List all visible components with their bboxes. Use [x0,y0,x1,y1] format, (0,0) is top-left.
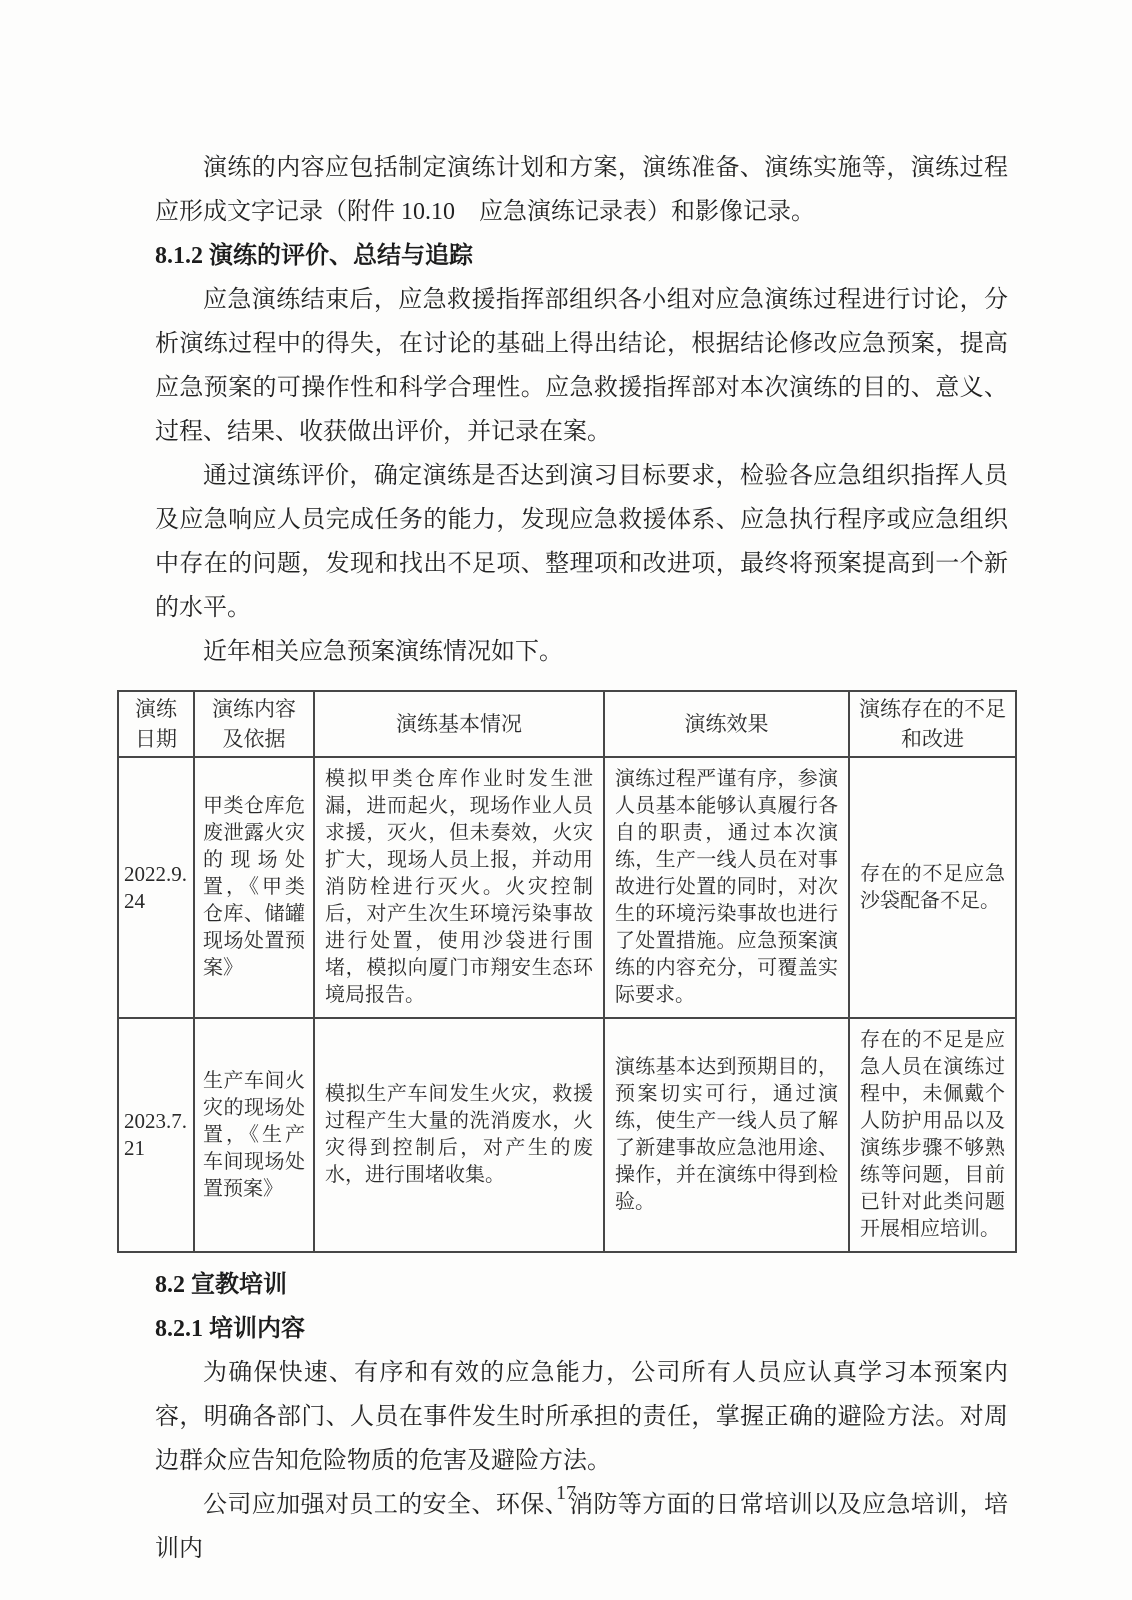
paragraph-drill-evaluation: 应急演练结束后，应急救援指挥部组织各小组对应急演练过程进行讨论，分析演练过程中的… [155,278,1008,454]
page-number: 17 [0,1482,1132,1505]
cell-drill-deficiency: 存在的不足应急沙袋配备不足。 [849,757,1016,1018]
section-heading-8-2: 8.2 宣教培训 [155,1263,1008,1307]
section-heading-8-2-1: 8.2.1 培训内容 [155,1307,1008,1351]
cell-drill-situation: 模拟生产车间发生火灾，救援过程产生大量的洗消废水，火灾得到控制后，对产生的废水，… [314,1018,604,1252]
cell-drill-content-basis: 甲类仓库危废泄露火灾的现场处置，《甲类仓库、储罐现场处置预案》 [194,757,314,1018]
column-header-drill-deficiency: 演练存在的不足和改进 [849,691,1016,757]
cell-drill-content-basis: 生产车间火灾的现场处置，《生产车间现场处置预案》 [194,1018,314,1252]
drill-record-table: 演练日期 演练内容及依据 演练基本情况 演练效果 演练存在的不足和改进 2022… [117,690,1017,1253]
cell-drill-effect: 演练基本达到预期目的，预案切实可行，通过演练，使生产一线人员了解了新建事故应急池… [604,1018,849,1252]
table-row-2023-drill: 2023.7.21 生产车间火灾的现场处置，《生产车间现场处置预案》 模拟生产车… [118,1018,1016,1252]
paragraph-training-purpose: 为确保快速、有序和有效的应急能力，公司所有人员应认真学习本预案内容，明确各部门、… [155,1351,1008,1483]
column-header-drill-content: 演练内容及依据 [194,691,314,757]
table-row-2022-drill: 2022.9.24 甲类仓库危废泄露火灾的现场处置，《甲类仓库、储罐现场处置预案… [118,757,1016,1018]
drill-table-header: 演练日期 演练内容及依据 演练基本情况 演练效果 演练存在的不足和改进 [118,691,1016,757]
page-content: 演练的内容应包括制定演练计划和方案，演练准备、演练实施等，演练过程应形成文字记录… [155,146,1008,1571]
cell-drill-effect: 演练过程严谨有序，参演人员基本能够认真履行各自的职责，通过本次演练，生产一线人员… [604,757,849,1018]
cell-drill-deficiency: 存在的不足是应急人员在演练过程中，未佩戴个人防护用品以及演练步骤不够熟练等问题，… [849,1018,1016,1252]
cell-drill-date: 2023.7.21 [118,1018,194,1252]
column-header-drill-effect: 演练效果 [604,691,849,757]
intro-paragraph: 演练的内容应包括制定演练计划和方案，演练准备、演练实施等，演练过程应形成文字记录… [155,146,1008,234]
paragraph-evaluation-purpose: 通过演练评价，确定演练是否达到演习目标要求，检验各应急组织指挥人员及应急响应人员… [155,454,1008,630]
column-header-drill-situation: 演练基本情况 [314,691,604,757]
cell-drill-date: 2022.9.24 [118,757,194,1018]
cell-drill-situation: 模拟甲类仓库作业时发生泄漏，进而起火，现场作业人员求援，灭火，但未奏效，火灾扩大… [314,757,604,1018]
header-row: 演练日期 演练内容及依据 演练基本情况 演练效果 演练存在的不足和改进 [118,691,1016,757]
document-page: 演练的内容应包括制定演练计划和方案，演练准备、演练实施等，演练过程应形成文字记录… [0,0,1132,1600]
section-heading-8-1-2: 8.1.2 演练的评价、总结与追踪 [155,234,1008,278]
paragraph-recent-drills-intro: 近年相关应急预案演练情况如下。 [155,630,1008,674]
column-header-drill-date: 演练日期 [118,691,194,757]
